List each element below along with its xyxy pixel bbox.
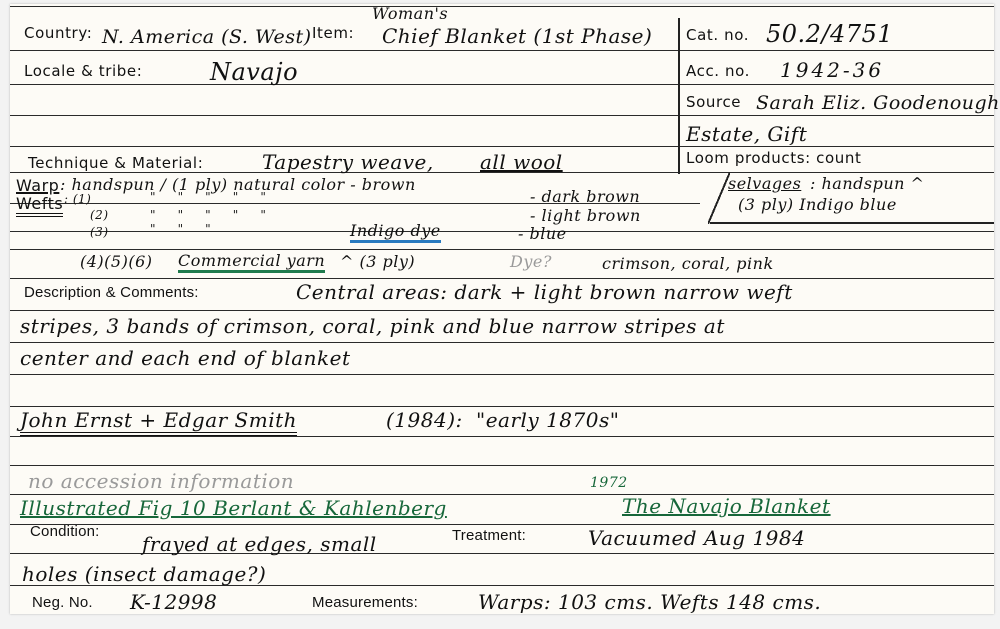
rule-line xyxy=(10,115,994,116)
source-value-line1: Sarah Eliz. Goodenough xyxy=(756,92,1000,114)
citation-year: (1984): xyxy=(386,408,463,432)
neg-no-label: Neg. No. xyxy=(32,594,93,611)
technique-value-wool: all wool xyxy=(480,150,563,174)
weft-1-num: : (1) xyxy=(64,192,91,206)
rule-line xyxy=(10,84,994,85)
treatment-label: Treatment: xyxy=(452,527,526,544)
selvages-line2: (3 ply) Indigo blue xyxy=(738,195,897,214)
measurements-label: Measurements: xyxy=(312,594,418,611)
rule-line xyxy=(10,146,994,147)
weft-3-ditto: " " " xyxy=(150,222,211,236)
neg-no-value: K-12998 xyxy=(130,590,217,614)
illustrated-title: The Navajo Blanket xyxy=(622,494,831,518)
weft-commercial-label: Commercial yarn xyxy=(178,252,325,273)
rule-line xyxy=(10,524,994,525)
weft-3-dye: Indigo dye xyxy=(350,222,441,243)
selvages-line1: : handspun ^ xyxy=(810,174,924,193)
rule-line xyxy=(10,494,994,495)
weft-3-color: - blue xyxy=(518,224,567,243)
wefts-label: Wefts xyxy=(16,194,63,217)
source-label: Source xyxy=(686,93,741,111)
description-line-2: stripes, 3 bands of crimson, coral, pink… xyxy=(20,314,725,338)
technique-value: Tapestry weave, xyxy=(262,150,434,174)
weft-2-num: (2) xyxy=(90,208,109,222)
measurements-value: Warps: 103 cms. Wefts 148 cms. xyxy=(478,590,821,614)
country-label: Country: xyxy=(24,24,92,42)
weft-commercial-question: Dye? xyxy=(510,252,552,271)
citation-authors: John Ernst + Edgar Smith xyxy=(20,408,297,436)
rule-line xyxy=(10,436,994,437)
weft-commercial-num: (4)(5)(6) xyxy=(80,252,153,271)
rule-line xyxy=(10,310,994,311)
weft-1-ditto: " " " " " xyxy=(150,190,266,204)
citation-quote: "early 1870s" xyxy=(476,408,619,432)
cat-no-label: Cat. no. xyxy=(686,26,749,44)
locale-tribe-value: Navajo xyxy=(210,58,298,86)
condition-label: Condition: xyxy=(30,523,100,540)
technique-label: Technique & Material: xyxy=(28,154,203,172)
source-value-line2: Estate, Gift xyxy=(686,122,807,146)
acc-no-label: Acc. no. xyxy=(686,62,750,80)
cat-no-value: 50.2/4751 xyxy=(766,20,893,48)
weft-1-color: - dark brown xyxy=(530,187,640,206)
rule-line xyxy=(10,342,994,343)
illustrated-year: 1972 xyxy=(590,475,628,491)
weft-commercial-rest: ^ (3 ply) xyxy=(340,252,415,271)
rule-line xyxy=(10,249,994,250)
item-label: Item: xyxy=(312,24,354,42)
condition-value-line2: holes (insect damage?) xyxy=(22,562,266,586)
description-line-1: Central areas: dark + light brown narrow… xyxy=(296,280,793,304)
rule-line xyxy=(10,374,994,375)
country-value: N. America (S. West) xyxy=(102,26,312,48)
rule-line xyxy=(10,6,994,7)
condition-value-line1: frayed at edges, small xyxy=(142,532,377,556)
description-label: Description & Comments: xyxy=(24,284,199,301)
selvages-label: selvages xyxy=(728,174,801,193)
rule-line xyxy=(10,278,994,279)
weft-2-ditto: " " " " " xyxy=(150,208,266,222)
right-panel-divider xyxy=(678,18,680,174)
rule-line xyxy=(10,50,994,51)
acc-no-value: 1942-36 xyxy=(780,58,884,82)
accession-note: no accession information xyxy=(28,469,294,493)
description-line-3: center and each end of blanket xyxy=(20,346,351,370)
warp-label: Warp xyxy=(16,176,59,195)
item-value-line2: Chief Blanket (1st Phase) xyxy=(382,24,652,48)
catalog-card: Country: N. America (S. West) Item: Woma… xyxy=(10,4,994,614)
illustrated-reference: Illustrated Fig 10 Berlant & Kahlenberg xyxy=(20,496,447,520)
weft-commercial-colors: crimson, coral, pink xyxy=(602,254,774,273)
weft-3-num: (3) xyxy=(90,225,109,239)
rule-line xyxy=(10,465,994,466)
item-value-line1: Woman's xyxy=(372,4,448,23)
locale-tribe-label: Locale & tribe: xyxy=(24,62,142,80)
loom-products-label: Loom products: count xyxy=(686,149,861,167)
rule-line xyxy=(10,406,994,407)
treatment-value: Vacuumed Aug 1984 xyxy=(588,526,805,550)
weft-2-color: - light brown xyxy=(530,206,641,225)
